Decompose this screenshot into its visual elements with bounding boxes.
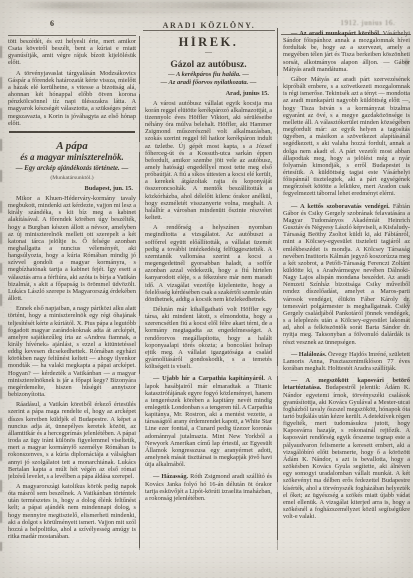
news-article-paragraph: A rendőrség a helyszínen nyomban megindí… [145,224,272,303]
masthead: ARADI KÖZLÖNY. [143,21,275,30]
scan-gutter-artifact [0,46,2,551]
scan-smudge-top [16,2,394,9]
article-dateline: Budapest, jun. 15. [8,185,133,192]
header-rule-left [8,35,136,36]
news-item-lead: — A kettős szoboravatás vendégei. [291,203,390,210]
article-paragraph: A magyarországi katolikus körök pedig na… [8,483,136,539]
article-subtitle: — Egy arckép ajándékozás története. — [8,165,136,173]
news-item-lead: — Az aradi munkapárt köréből. [291,30,381,37]
column-right: — Az aradi munkapárt köréből. Vásárhelyi… [283,30,410,547]
article-title-line2: és a magyar miniszterelnök. [8,152,136,163]
news-article-paragraph: A városi autóbusz vállalat egyik kocsija… [145,100,272,222]
article-divider-rule [9,131,135,133]
news-item: — A megszökött kaposvári betörő letartóz… [283,377,410,520]
news-item-text: A lapok hasábjairól már elmaradtak a Tit… [145,375,272,468]
header-rule-middle [143,30,275,31]
issue-date: 1912. junius 16. [324,20,412,27]
column-left: tött beszédét, és ezt helyesli érte, mer… [8,38,136,539]
news-article-subtitle-1: — A kerékpáros fiu halála. — [145,71,272,79]
news-item-lead: — Házasság. [153,473,188,480]
news-item: — Házasság. Róth Zsigmond aradi szállító… [145,473,272,502]
article-paragraph: Mikor a Khuen-Héderváry-kormány tavaly m… [8,195,136,302]
news-article-dateline: Arad, junius 15. [145,90,269,97]
article-byline: (Munkatársunktól.) [8,175,136,182]
article-paragraph: Ennek első napjaiban, a nagy pártközi al… [8,305,136,398]
news-article-subtitle-2: — Az aradi főorvos nyilatkozata. — [145,79,272,87]
news-item-text: Fábián Gábor és Csiky Gergely szobrának … [283,203,410,346]
news-item-text: Budapestről jelentik: Ádám K. Nándor egy… [283,384,410,520]
news-item-continuation: Gábor Mátyás az aradi párt szervezésének… [283,76,410,198]
news-article-title: Gázol az autóbusz. [145,60,272,71]
continuation-paragraph: tött beszédét, és ezt helyesli érte, mer… [8,38,136,67]
page-number: 6 [50,19,54,28]
news-article-paragraph: Délután már kihallgatható volt Höffler e… [145,306,272,370]
news-item: — Halálozás. Özvegy Hajdós Imréné, szüle… [283,351,410,372]
news-item-lead: — Halálozás. [291,351,327,358]
scan-smudge-top-2 [38,10,228,14]
column-middle: HÍREK. — Gázol az autóbusz. — A kerékpár… [145,36,272,549]
news-item-lead: — Ujabb hír a Carpathia kapitányáról. [153,375,265,382]
news-item: — Az aradi munkapárt köréből. Vásárhelyi… [283,30,410,73]
news-item: — Ujabb hír a Carpathia kapitányáról. A … [145,375,272,468]
newspaper-page: 6 ARADI KÖZLÖNY. 1912. junius 16. tött b… [0,0,413,578]
article-paragraph: Ráadásul, a Vatikán köreiből érkező érte… [8,401,136,480]
news-item-text: Vásárhelyi Sándor főispánhoz annak a moz… [283,30,410,73]
article-title-line1: A pápa [8,140,136,152]
column-rule-1 [139,36,140,550]
section-divider-dash: — [145,49,272,56]
news-item: — A kettős szoboravatás vendégei. Fábián… [283,203,410,346]
column-rule-2 [277,28,278,550]
continuation-paragraph: A törvényjavaslat tárgyalásán Modzsákovi… [8,70,136,127]
